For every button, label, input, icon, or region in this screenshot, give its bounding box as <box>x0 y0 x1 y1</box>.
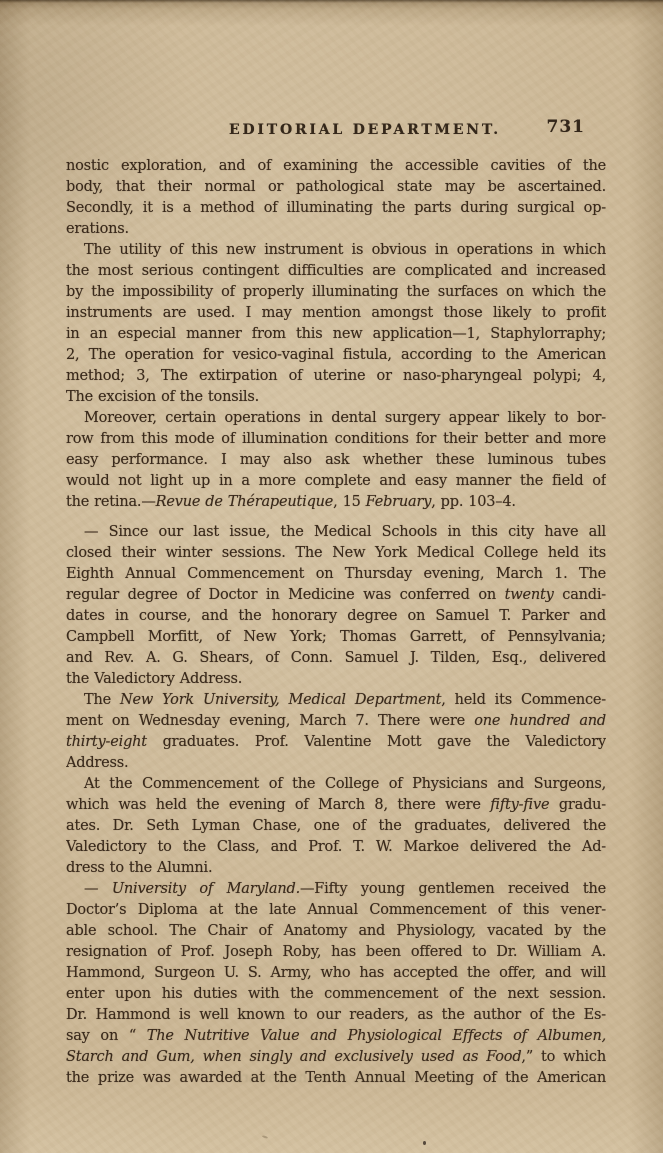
text-line: Doctor’s Diploma at the late Annual Comm… <box>66 900 606 921</box>
text-segment: 2, The operation for vesico-vaginal fist… <box>66 347 606 363</box>
text-segment: Eighth Annual Commencement on Thursday e… <box>66 566 606 582</box>
text-segment: in an especial manner from this new appl… <box>66 326 606 342</box>
text-line: Moreover, certain operations in dental s… <box>66 408 606 429</box>
text-segment: would not light up in a more complete an… <box>66 473 606 489</box>
italic-text-segment: fifty-five <box>490 797 549 813</box>
text-segment: — Since our last issue, the Medical Scho… <box>84 524 606 540</box>
text-line: The New York University, Medical Departm… <box>66 690 606 711</box>
text-segment: the Valedictory Address. <box>66 671 242 687</box>
text-segment: dress to the Alumni. <box>66 860 212 876</box>
text-line: row from this mode of illumination condi… <box>66 429 606 450</box>
text-line: the most serious contingent difficulties… <box>66 261 606 282</box>
text-line: would not light up in a more complete an… <box>66 471 606 492</box>
text-line: ment on Wednesday evening, March 7. Ther… <box>66 711 606 732</box>
text-line: erations. <box>66 219 606 240</box>
text-line: Hammond, Surgeon U. S. Army, who has acc… <box>66 963 606 984</box>
paragraph: — Since our last issue, the Medical Scho… <box>66 522 606 690</box>
text-segment: nostic exploration, and of examining the… <box>66 158 606 174</box>
italic-text-segment: Revue de Thérapeutique <box>156 494 334 510</box>
text-line: nostic exploration, and of examining the… <box>66 156 606 177</box>
text-segment: body, that their normal or pathological … <box>66 179 606 195</box>
scanned-book-page: EDITORIAL DEPARTMENT. 731 nostic explora… <box>0 0 663 1153</box>
paragraph: The New York University, Medical Departm… <box>66 690 606 774</box>
text-segment: ates. Dr. Seth Lyman Chase, one of the g… <box>66 818 606 834</box>
text-segment: the retina.— <box>66 494 156 510</box>
paragraph: — University of Maryland.—Fifty young ge… <box>66 879 606 1089</box>
text-segment: Dr. Hammond is well known to our readers… <box>66 1007 606 1023</box>
text-segment: ment on Wednesday evening, March 7. Ther… <box>66 713 474 729</box>
running-header-title: EDITORIAL DEPARTMENT. <box>229 122 501 138</box>
paragraph: At the Commencement of the College of Ph… <box>66 774 606 879</box>
text-segment: which was held the evening of March 8, t… <box>66 797 490 813</box>
text-line: The utility of this new instrument is ob… <box>66 240 606 261</box>
italic-text-segment: one hundred and <box>474 713 606 729</box>
text-line: by the impossibility of properly illumin… <box>66 282 606 303</box>
text-segment: by the impossibility of properly illumin… <box>66 284 606 300</box>
italic-text-segment: February <box>366 494 432 510</box>
text-segment: candi- <box>554 587 606 603</box>
text-line: — Since our last issue, the Medical Scho… <box>66 522 606 543</box>
text-line: body, that their normal or pathological … <box>66 177 606 198</box>
text-line: Valedictory to the Class, and Prof. T. W… <box>66 837 606 858</box>
paragraph: nostic exploration, and of examining the… <box>66 156 606 240</box>
page-number: 731 <box>547 117 586 137</box>
text-segment: the most serious contingent difficulties… <box>66 263 606 279</box>
paragraph: The utility of this new instrument is ob… <box>66 240 606 408</box>
text-line: At the Commencement of the College of Ph… <box>66 774 606 795</box>
italic-text-segment: University of Maryland. <box>112 881 300 897</box>
text-segment: The utility of this new instrument is ob… <box>84 242 606 258</box>
text-line: method; 3, The extirpation of uterine or… <box>66 366 606 387</box>
text-segment: Hammond, Surgeon U. S. Army, who has acc… <box>66 965 606 981</box>
text-line: which was held the evening of March 8, t… <box>66 795 606 816</box>
text-line: able school. The Chair of Anatomy and Ph… <box>66 921 606 942</box>
text-line: the Valedictory Address. <box>66 669 606 690</box>
text-line: dates in course, and the honorary degree… <box>66 606 606 627</box>
text-segment: ,” to which <box>521 1049 606 1065</box>
text-segment: resignation of Prof. Joseph Roby, has be… <box>66 944 606 960</box>
text-segment: instruments are used. I may mention amon… <box>66 305 606 321</box>
text-segment: graduates. Prof. Valentine Mott gave the… <box>147 734 606 750</box>
text-segment: Address. <box>66 755 128 771</box>
text-segment: —Fifty young gentlemen received the <box>300 881 606 897</box>
text-segment: The <box>84 692 120 708</box>
text-segment: easy performance. I may also ask whether… <box>66 452 606 468</box>
italic-text-segment: The Nutritive Value and Physiological Ef… <box>147 1028 606 1044</box>
text-line: thirty-eight graduates. Prof. Valentine … <box>66 732 606 753</box>
text-line: dress to the Alumni. <box>66 858 606 879</box>
text-line: Address. <box>66 753 606 774</box>
text-segment: , held its Commence- <box>441 692 606 708</box>
text-line: 2, The operation for vesico-vaginal fist… <box>66 345 606 366</box>
italic-text-segment: New York University, Medical Department <box>120 692 441 708</box>
text-line: and Rev. A. G. Shears, of Conn. Samuel J… <box>66 648 606 669</box>
text-line: Secondly, it is a method of illuminating… <box>66 198 606 219</box>
text-line: enter upon his duties with the commencem… <box>66 984 606 1005</box>
italic-text-segment: Starch and Gum, when singly and exclusiv… <box>66 1049 521 1065</box>
text-segment: erations. <box>66 221 129 237</box>
text-line: Campbell Morfitt, of New York; Thomas Ga… <box>66 627 606 648</box>
text-line: closed their winter sessions. The New Yo… <box>66 543 606 564</box>
text-segment: The excision of the tonsils. <box>66 389 259 405</box>
text-line: the retina.—Revue de Thérapeutique, 15 F… <box>66 492 606 513</box>
italic-text-segment: twenty <box>505 587 554 603</box>
text-line: regular degree of Doctor in Medicine was… <box>66 585 606 606</box>
text-line: in an especial manner from this new appl… <box>66 324 606 345</box>
text-line: Eighth Annual Commencement on Thursday e… <box>66 564 606 585</box>
text-line: The excision of the tonsils. <box>66 387 606 408</box>
text-segment: , 15 <box>333 494 365 510</box>
text-segment: row from this mode of illumination condi… <box>66 431 606 447</box>
show-through-text: As was his work, so be his reward <box>140 1070 560 1086</box>
text-segment: and Rev. A. G. Shears, of Conn. Samuel J… <box>66 650 606 666</box>
text-segment: , pp. 103–4. <box>431 494 516 510</box>
running-head: EDITORIAL DEPARTMENT. 731 <box>66 120 606 144</box>
page-body: nostic exploration, and of examining the… <box>66 156 606 1089</box>
text-line: easy performance. I may also ask whether… <box>66 450 606 471</box>
text-segment: dates in course, and the honorary degree… <box>66 608 606 624</box>
ink-speck <box>423 1141 426 1145</box>
text-segment: regular degree of Doctor in Medicine was… <box>66 587 505 603</box>
text-segment: enter upon his duties with the commencem… <box>66 986 606 1002</box>
text-segment: able school. The Chair of Anatomy and Ph… <box>66 923 606 939</box>
text-segment: method; 3, The extirpation of uterine or… <box>66 368 606 384</box>
text-segment: closed their winter sessions. The New Yo… <box>66 545 606 561</box>
text-line: — University of Maryland.—Fifty young ge… <box>66 879 606 900</box>
text-line: say on “ The Nutritive Value and Physiol… <box>66 1026 606 1047</box>
text-segment: Campbell Morfitt, of New York; Thomas Ga… <box>66 629 606 645</box>
text-line: ates. Dr. Seth Lyman Chase, one of the g… <box>66 816 606 837</box>
text-segment: Doctor’s Diploma at the late Annual Comm… <box>66 902 606 918</box>
paragraph: Moreover, certain operations in dental s… <box>66 408 606 513</box>
ink-speck <box>262 1135 268 1139</box>
text-line: resignation of Prof. Joseph Roby, has be… <box>66 942 606 963</box>
text-segment: Secondly, it is a method of illuminating… <box>66 200 606 216</box>
italic-text-segment: thirty-eight <box>66 734 147 750</box>
text-line: Dr. Hammond is well known to our readers… <box>66 1005 606 1026</box>
text-segment: say on “ <box>66 1028 147 1044</box>
text-line: instruments are used. I may mention amon… <box>66 303 606 324</box>
text-segment: Moreover, certain operations in dental s… <box>84 410 606 426</box>
text-segment: At the Commencement of the College of Ph… <box>84 776 606 792</box>
text-segment: — <box>84 881 112 897</box>
text-segment: gradu- <box>549 797 606 813</box>
text-line: Starch and Gum, when singly and exclusiv… <box>66 1047 606 1068</box>
text-segment: Valedictory to the Class, and Prof. T. W… <box>66 839 606 855</box>
